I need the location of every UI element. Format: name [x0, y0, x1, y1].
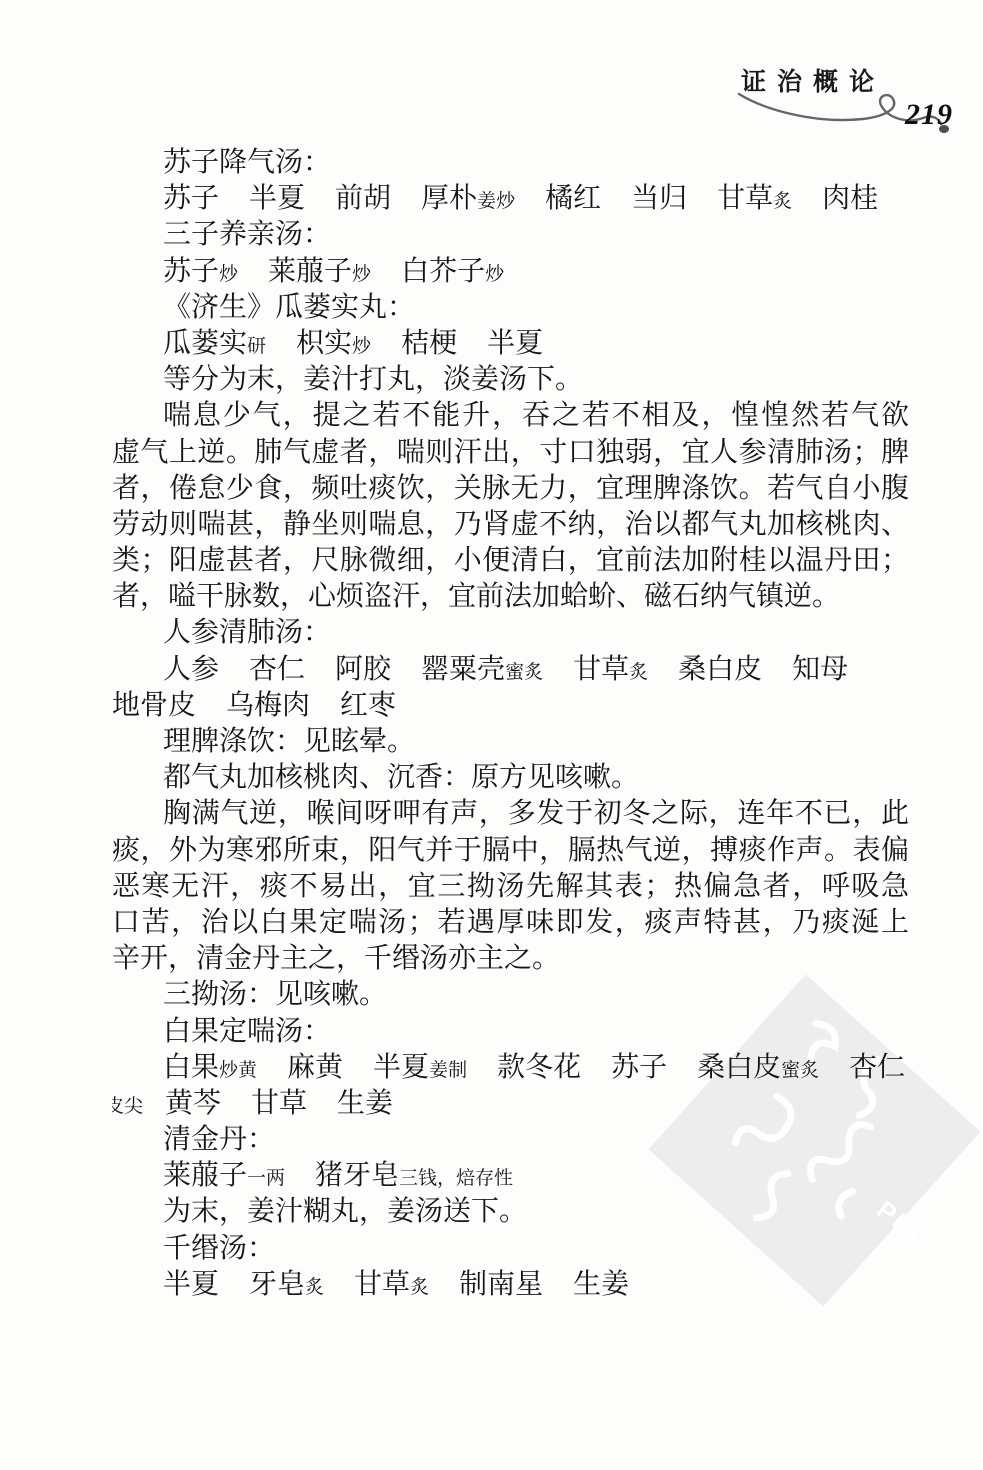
ingredient-note: 蜜炙	[781, 1060, 819, 1081]
ingredient-name: 苏子	[163, 183, 219, 214]
ingredient-name: 人参	[163, 654, 219, 685]
ingredient-note: 炙	[773, 191, 792, 212]
ingredients-continuation-line: 去皮尖黄芩甘草生姜	[112, 1086, 909, 1122]
ingredient: 白果炒黄	[163, 1050, 257, 1086]
ingredient: 生姜	[573, 1267, 629, 1303]
ingredient-name: 生姜	[337, 1088, 393, 1119]
ingredient: 苏子	[611, 1050, 667, 1086]
ingredient: 罂粟壳蜜炙	[421, 652, 543, 688]
paragraph-line: 类；阳虚甚者，尺脉微细，小便清白，宜前法加附桂以温丹田；阴虚甚	[112, 543, 909, 579]
ingredient-name: 知母	[792, 654, 848, 685]
ingredient-name: 地骨皮	[112, 690, 196, 721]
ingredient: 牙皂炙	[249, 1267, 324, 1303]
ingredient: 莱菔子炒	[268, 254, 371, 290]
ingredient-name: 半夏	[487, 328, 543, 359]
ingredient: 红枣	[340, 688, 396, 724]
ingredient-note: 炙	[629, 662, 648, 683]
ingredients-line: 白果炒黄麻黄半夏姜制款冬花苏子桑白皮蜜炙杏仁	[112, 1050, 909, 1086]
ingredient-name: 莱菔子	[268, 256, 352, 287]
formula-title-line: 白果定喘汤：	[112, 1014, 909, 1050]
ingredient: 半夏	[249, 181, 305, 217]
ingredient-note: 蜜炙	[505, 662, 543, 683]
ingredients-line: 人参杏仁阿胶罂粟壳蜜炙甘草炙桑白皮知母	[112, 652, 909, 688]
ingredient: 桑白皮蜜炙	[697, 1050, 819, 1086]
ingredient-name: 枳实	[296, 328, 352, 359]
paragraph-line: 者，倦怠少食，频吐痰饮，关脉无力，宜理脾涤饮。若气自小腹上冲，	[112, 471, 909, 507]
ingredient-note: 炒	[219, 264, 238, 285]
ingredient-name: 瓜蒌实	[163, 328, 247, 359]
ingredients-line: 苏子炒莱菔子炒白芥子炒	[112, 254, 909, 290]
ingredient-name: 桑白皮	[678, 654, 762, 685]
ingredients-line: 莱菔子一两猪牙皂三钱，焙存性	[112, 1158, 909, 1194]
ingredient-name: 橘红	[545, 183, 601, 214]
ingredient: 制南星	[459, 1267, 543, 1303]
ingredient-lead-note: 去皮尖	[112, 1089, 143, 1122]
reference-line: 都气丸加核桃肉、沉香：原方见咳嗽。	[112, 760, 909, 796]
ingredient: 橘红	[545, 181, 601, 217]
ingredient: 知母	[792, 652, 848, 688]
instruction-line: 为末，姜汁糊丸，姜汤送下。	[112, 1194, 909, 1230]
ingredient: 厚朴姜炒	[421, 181, 515, 217]
ingredients-line: 苏子半夏前胡厚朴姜炒橘红当归甘草炙肉桂生姜	[112, 181, 909, 217]
ingredient-name: 黄芩	[165, 1088, 221, 1119]
scanned-book-page: 证治概论 219 PDG 苏子降气汤：苏子半夏前胡厚朴姜炒橘红当归甘草炙肉桂生姜…	[0, 0, 983, 1470]
ingredient: 甘草炙	[573, 652, 648, 688]
paragraph-line: 劳动则喘甚，静坐则喘息，乃肾虚不纳，治以都气丸加核桃肉、沉香之	[112, 507, 909, 543]
ingredient: 杏仁	[249, 652, 305, 688]
ingredient-note: 一两	[247, 1168, 285, 1189]
ingredient: 生姜	[337, 1086, 393, 1122]
ingredient-note: 三钱，焙存性	[399, 1168, 513, 1189]
instruction-line: 等分为末，姜汁打丸，淡姜汤下。	[112, 362, 909, 398]
ingredient-name: 肉桂	[822, 183, 878, 214]
ingredient: 半夏	[163, 1267, 219, 1303]
ingredient-name: 乌梅肉	[226, 690, 310, 721]
paragraph-last-line: 辛开，清金丹主之，千缗汤亦主之。	[112, 941, 909, 977]
ingredients-continuation-line: 地骨皮乌梅肉红枣	[112, 688, 909, 724]
ingredient: 地骨皮	[112, 688, 196, 724]
ingredient-name: 生姜	[573, 1269, 629, 1300]
ingredient-note: 姜制	[429, 1060, 467, 1081]
paragraph-first-line: 喘息少气，提之若不能升，吞之若不相及，惶惶然若气欲断，此属	[112, 398, 909, 434]
ingredient-name: 红枣	[340, 690, 396, 721]
reference-line: 三拗汤：见咳嗽。	[112, 977, 909, 1013]
ingredient: 人参	[163, 652, 219, 688]
ingredient-name: 麻黄	[287, 1052, 343, 1083]
ingredient-note: 姜炒	[477, 191, 515, 212]
ingredient: 莱菔子一两	[163, 1158, 285, 1194]
page-number: 219	[905, 98, 953, 132]
ingredient-name: 阿胶	[335, 654, 391, 685]
ingredient: 麻黄	[287, 1050, 343, 1086]
ingredient: 枳实炒	[296, 326, 371, 362]
ingredient-name: 甘草	[354, 1269, 410, 1300]
formula-title-line: 千缗汤：	[112, 1231, 909, 1267]
ingredients-line: 半夏牙皂炙甘草炙制南星生姜	[112, 1267, 909, 1303]
ingredient: 桑白皮	[678, 652, 762, 688]
ingredient: 苏子炒	[163, 254, 238, 290]
reference-line: 理脾涤饮：见眩晕。	[112, 724, 909, 760]
ingredient: 桔梗	[401, 326, 457, 362]
ingredient-name: 桔梗	[401, 328, 457, 359]
ingredient-name: 莱菔子	[163, 1160, 247, 1191]
ingredient-name: 杏仁	[849, 1052, 905, 1083]
ingredient: 阿胶	[335, 652, 391, 688]
ingredient-note: 炒黄	[219, 1060, 257, 1081]
ingredient-name: 前胡	[335, 183, 391, 214]
ingredient: 款冬花	[497, 1050, 581, 1086]
paragraph-first-line: 胸满气逆，喉间呀呷有声，多发于初冬之际，连年不已，此膈间积	[112, 796, 909, 832]
ingredient-note: 炙	[305, 1277, 324, 1298]
formula-title-line: 清金丹：	[112, 1122, 909, 1158]
ingredient: 甘草炙	[717, 181, 792, 217]
ingredient-name: 苏子	[163, 256, 219, 287]
ingredient-name: 苏子	[611, 1052, 667, 1083]
ingredient-name: 款冬花	[497, 1052, 581, 1083]
ingredient: 乌梅肉	[226, 688, 310, 724]
ingredient-name: 甘草	[251, 1088, 307, 1119]
ingredient: 生姜	[908, 181, 909, 217]
ingredient: 肉桂	[822, 181, 878, 217]
formula-title-line: 三子养亲汤：	[112, 217, 909, 253]
formula-title-line: 人参清肺汤：	[112, 615, 909, 651]
ingredient-name: 半夏	[249, 183, 305, 214]
ingredient-name: 制南星	[459, 1269, 543, 1300]
ingredient: 猪牙皂三钱，焙存性	[315, 1158, 513, 1194]
ingredient-note: 炒	[352, 264, 371, 285]
ingredient-name: 甘草	[717, 183, 773, 214]
ingredient-name: 牙皂	[249, 1269, 305, 1300]
ingredient: 苏子	[163, 181, 219, 217]
ingredient: 甘草	[251, 1086, 307, 1122]
ingredient-name: 半夏	[163, 1269, 219, 1300]
ingredients-line: 瓜蒌实研枳实炒桔梗半夏	[112, 326, 909, 362]
ingredient-name: 生姜	[908, 183, 909, 214]
ingredient-name: 猪牙皂	[315, 1160, 399, 1191]
ingredient: 前胡	[335, 181, 391, 217]
page-body: 苏子降气汤：苏子半夏前胡厚朴姜炒橘红当归甘草炙肉桂生姜三子养亲汤：苏子炒莱菔子炒…	[112, 145, 909, 1303]
ingredient-name: 白芥子	[401, 256, 485, 287]
ingredient-name: 厚朴	[421, 183, 477, 214]
ingredient: 当归	[631, 181, 687, 217]
ingredient-note: 炙	[410, 1277, 429, 1298]
paragraph-line: 恶寒无汗，痰不易出，宜三拗汤先解其表；热偏急者，呼吸急促，咽干	[112, 869, 909, 905]
ingredient-name: 半夏	[373, 1052, 429, 1083]
paragraph-line: 虚气上逆。肺气虚者，喘则汗出，寸口独弱，宜人参清肺汤；脾气虚	[112, 435, 909, 471]
ingredient: 黄芩	[165, 1086, 221, 1122]
ingredient: 半夏姜制	[373, 1050, 467, 1086]
ingredient: 半夏	[487, 326, 543, 362]
formula-title-line: 《济生》瓜蒌实丸：	[112, 290, 909, 326]
formula-title-line: 苏子降气汤：	[112, 145, 909, 181]
ingredient-name: 杏仁	[249, 654, 305, 685]
ingredient-name: 当归	[631, 183, 687, 214]
ingredient-name: 罂粟壳	[421, 654, 505, 685]
ingredient: 甘草炙	[354, 1267, 429, 1303]
ingredient-name: 甘草	[573, 654, 629, 685]
ingredient-note: 研	[247, 336, 266, 357]
ingredient-note: 炒	[352, 336, 371, 357]
paragraph-last-line: 者，嗌干脉数，心烦盗汗，宜前法加蛤蚧、磁石纳气镇逆。	[112, 579, 909, 615]
ingredient: 杏仁	[849, 1050, 905, 1086]
ingredient-note: 炒	[485, 264, 504, 285]
ingredient-name: 桑白皮	[697, 1052, 781, 1083]
paragraph-line: 口苦，治以白果定喘汤；若遇厚味即发，痰声特甚，乃痰涎上壅，法宜	[112, 905, 909, 941]
ingredient-name: 白果	[163, 1052, 219, 1083]
ingredient: 瓜蒌实研	[163, 326, 266, 362]
ingredient: 白芥子炒	[401, 254, 504, 290]
paragraph-line: 痰，外为寒邪所束，阳气并于膈中，膈热气逆，搏痰作声。表偏实者，	[112, 833, 909, 869]
